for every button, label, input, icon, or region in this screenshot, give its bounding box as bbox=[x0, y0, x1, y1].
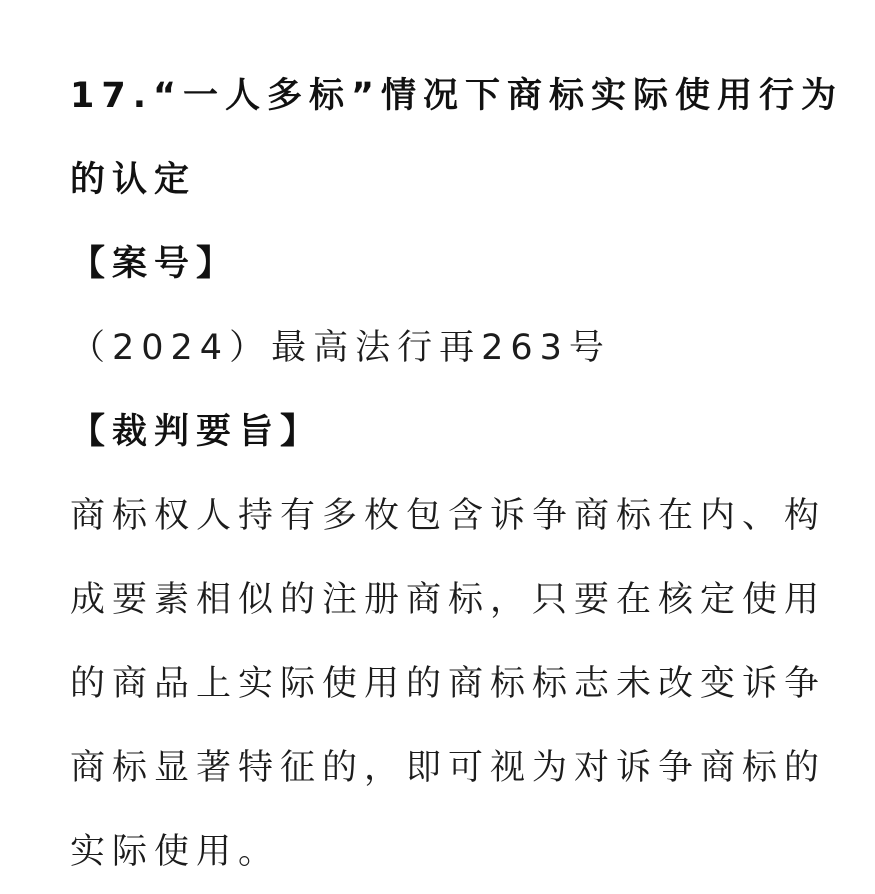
article-title-line-1: 17.“一人多标”情况下商标实际使用行为 bbox=[70, 76, 843, 116]
article-title-line-2: 的认定 bbox=[70, 160, 196, 200]
gist-line-3: 的商品上实际使用的商标标志未改变诉争 bbox=[70, 664, 826, 704]
case-number: （2024）最高法行再263号 bbox=[70, 328, 611, 368]
case-number-heading: 【案号】 bbox=[70, 244, 238, 284]
gist-line-2: 成要素相似的注册商标，只要在核定使用 bbox=[70, 580, 826, 620]
judgment-gist-heading: 【裁判要旨】 bbox=[70, 412, 322, 452]
gist-line-1: 商标权人持有多枚包含诉争商标在内、构 bbox=[70, 496, 826, 536]
gist-line-5: 实际使用。 bbox=[70, 832, 280, 872]
gist-line-4: 商标显著特征的，即可视为对诉争商标的 bbox=[70, 748, 826, 788]
